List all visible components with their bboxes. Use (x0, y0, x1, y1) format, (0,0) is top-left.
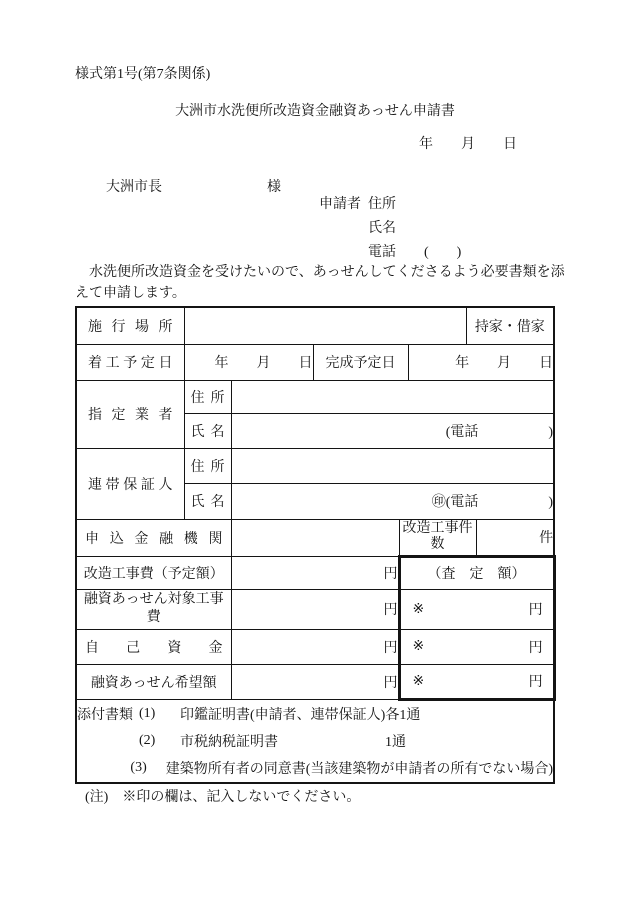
loan-target-cost-input-cell: 円 (231, 589, 399, 629)
contractor-name-label: 氏 名 (184, 413, 231, 448)
ownership-options: 持家・借家 (466, 307, 554, 344)
row-financial-institution: 申 込 金 融 機 関 改造工事件数 件 (76, 519, 554, 556)
contractor-phone-parens: (電話 ) (446, 425, 553, 440)
application-statement: 水洗便所改造資金を受けたいので、あっせんしてくださるよう必要書類を添えて申請しま… (75, 262, 565, 304)
attachment-text: 印鑑証明書(申請者、連帯保証人)各1通 (180, 704, 420, 724)
loan-target-assessed-cell: ※円 (399, 589, 554, 629)
row-dates: 着 工 予 定 日 年 月 日 完成予定日 年 月 日 (76, 344, 554, 380)
loan-request-label: 融資あっせん希望額 (76, 664, 231, 699)
loan-request-input-cell: 円 (231, 664, 399, 699)
attachment-text: 建築物所有者の同意書(当該建築物が申請者の所有でない場合) (166, 758, 553, 778)
applicant-name-label: 氏名 (368, 217, 396, 237)
document-title: 大洲市水洗便所改造資金融資あっせん申請書 (0, 100, 630, 120)
completion-date-label: 完成予定日 (313, 344, 408, 380)
row-construction-site: 施 行 場 所 持家・借家 (76, 307, 554, 344)
attachment-number: (1) (139, 706, 180, 722)
attachment-count: 1通 (385, 731, 406, 751)
self-funds-label: 自 己 資 金 (76, 629, 231, 664)
yen-unit: 円 (529, 671, 543, 691)
yen-unit: 円 (529, 599, 543, 619)
contractor-label: 指 定 業 者 (76, 380, 184, 448)
attachment-text: 市税納税証明書 (180, 731, 278, 751)
self-funds-input-cell: 円 (231, 629, 399, 664)
attachment-number: (2) (139, 733, 180, 749)
row-renovation-cost: 改造工事費（予定額） 円 （査 定 額） (76, 556, 554, 589)
guarantor-label: 連 帯 保 証 人 (76, 448, 184, 519)
renovation-cost-input-cell: 円 (231, 556, 399, 589)
attachment-number: (3) (130, 760, 165, 776)
completion-date-input-cell: 年 月 日 (408, 344, 554, 380)
loan-request-assessed-cell: ※円 (399, 664, 554, 699)
case-count-unit-cell: 件 (476, 519, 554, 556)
renovation-case-count-label: 改造工事件数 (399, 519, 476, 556)
loan-target-cost-label: 融資あっせん対象工事費 (76, 589, 231, 629)
row-guarantor-address: 連 帯 保 証 人 住 所 (76, 448, 554, 483)
official-use-asterisk: ※ (413, 638, 425, 655)
attachments-cell: 添付書類 (1) 印鑑証明書(申請者、連帯保証人)各1通 (2) 市税納税証明書… (76, 699, 554, 783)
applicant-address-label: 住所 (368, 193, 396, 213)
renovation-cost-label: 改造工事費（予定額） (76, 556, 231, 589)
footnote: (注) ※印の欄は、記入しないでください。 (85, 786, 360, 806)
addressee-honorific: 様 (267, 180, 281, 195)
attachments-label: 添付書類 (77, 704, 139, 724)
assessed-amount-header: （査 定 額） (399, 556, 554, 589)
guarantor-phone-parens: (電話 ) (446, 495, 553, 510)
applicant-label: 申請者 (319, 193, 361, 213)
application-table: 施 行 場 所 持家・借家 着 工 予 定 日 年 月 日 完成予定日 年 月 … (75, 306, 556, 784)
applicant-phone-label: 電話 (368, 241, 396, 261)
date-line: 年 月 日 (419, 133, 517, 153)
contractor-address-label: 住 所 (184, 380, 231, 413)
guarantor-name-input-cell: ㊞(電話 ) (231, 483, 554, 519)
row-contractor-address: 指 定 業 者 住 所 (76, 380, 554, 413)
attachment-item: 添付書類 (1) 印鑑証明書(申請者、連帯保証人)各1通 (77, 701, 553, 728)
construction-site-label: 施 行 場 所 (76, 307, 184, 344)
row-loan-request: 融資あっせん希望額 円 ※円 (76, 664, 554, 699)
financial-institution-input-cell (231, 519, 399, 556)
attachment-item: (2) 市税納税証明書 1通 (77, 728, 553, 755)
contractor-name-input-cell: (電話 ) (231, 413, 554, 448)
official-use-asterisk: ※ (413, 601, 425, 618)
contractor-address-input-cell (231, 380, 554, 413)
start-date-label: 着 工 予 定 日 (76, 344, 184, 380)
applicant-phone-parens: ( ) (424, 241, 461, 261)
financial-institution-label: 申 込 金 融 機 関 (76, 519, 231, 556)
form-number: 様式第1号(第7条関係) (75, 63, 210, 83)
attachment-item: (3) 建築物所有者の同意書(当該建築物が申請者の所有でない場合) (77, 755, 553, 782)
self-funds-assessed-cell: ※円 (399, 629, 554, 664)
seal-mark: ㊞ (432, 495, 446, 510)
guarantor-address-label: 住 所 (184, 448, 231, 483)
official-use-asterisk: ※ (413, 673, 425, 690)
yen-unit: 円 (529, 637, 543, 657)
addressee-line: 大洲市長様 (92, 160, 281, 212)
guarantor-name-label: 氏 名 (184, 483, 231, 519)
row-loan-target-cost: 融資あっせん対象工事費 円 ※円 (76, 589, 554, 629)
guarantor-address-input-cell (231, 448, 554, 483)
row-self-funds: 自 己 資 金 円 ※円 (76, 629, 554, 664)
row-attachments: 添付書類 (1) 印鑑証明書(申請者、連帯保証人)各1通 (2) 市税納税証明書… (76, 699, 554, 783)
start-date-input-cell: 年 月 日 (184, 344, 313, 380)
addressee-name: 大洲市長 (106, 180, 162, 195)
construction-site-input-cell (184, 307, 466, 344)
application-form-page: 様式第1号(第7条関係) 大洲市水洗便所改造資金融資あっせん申請書 年 月 日 … (0, 0, 630, 903)
